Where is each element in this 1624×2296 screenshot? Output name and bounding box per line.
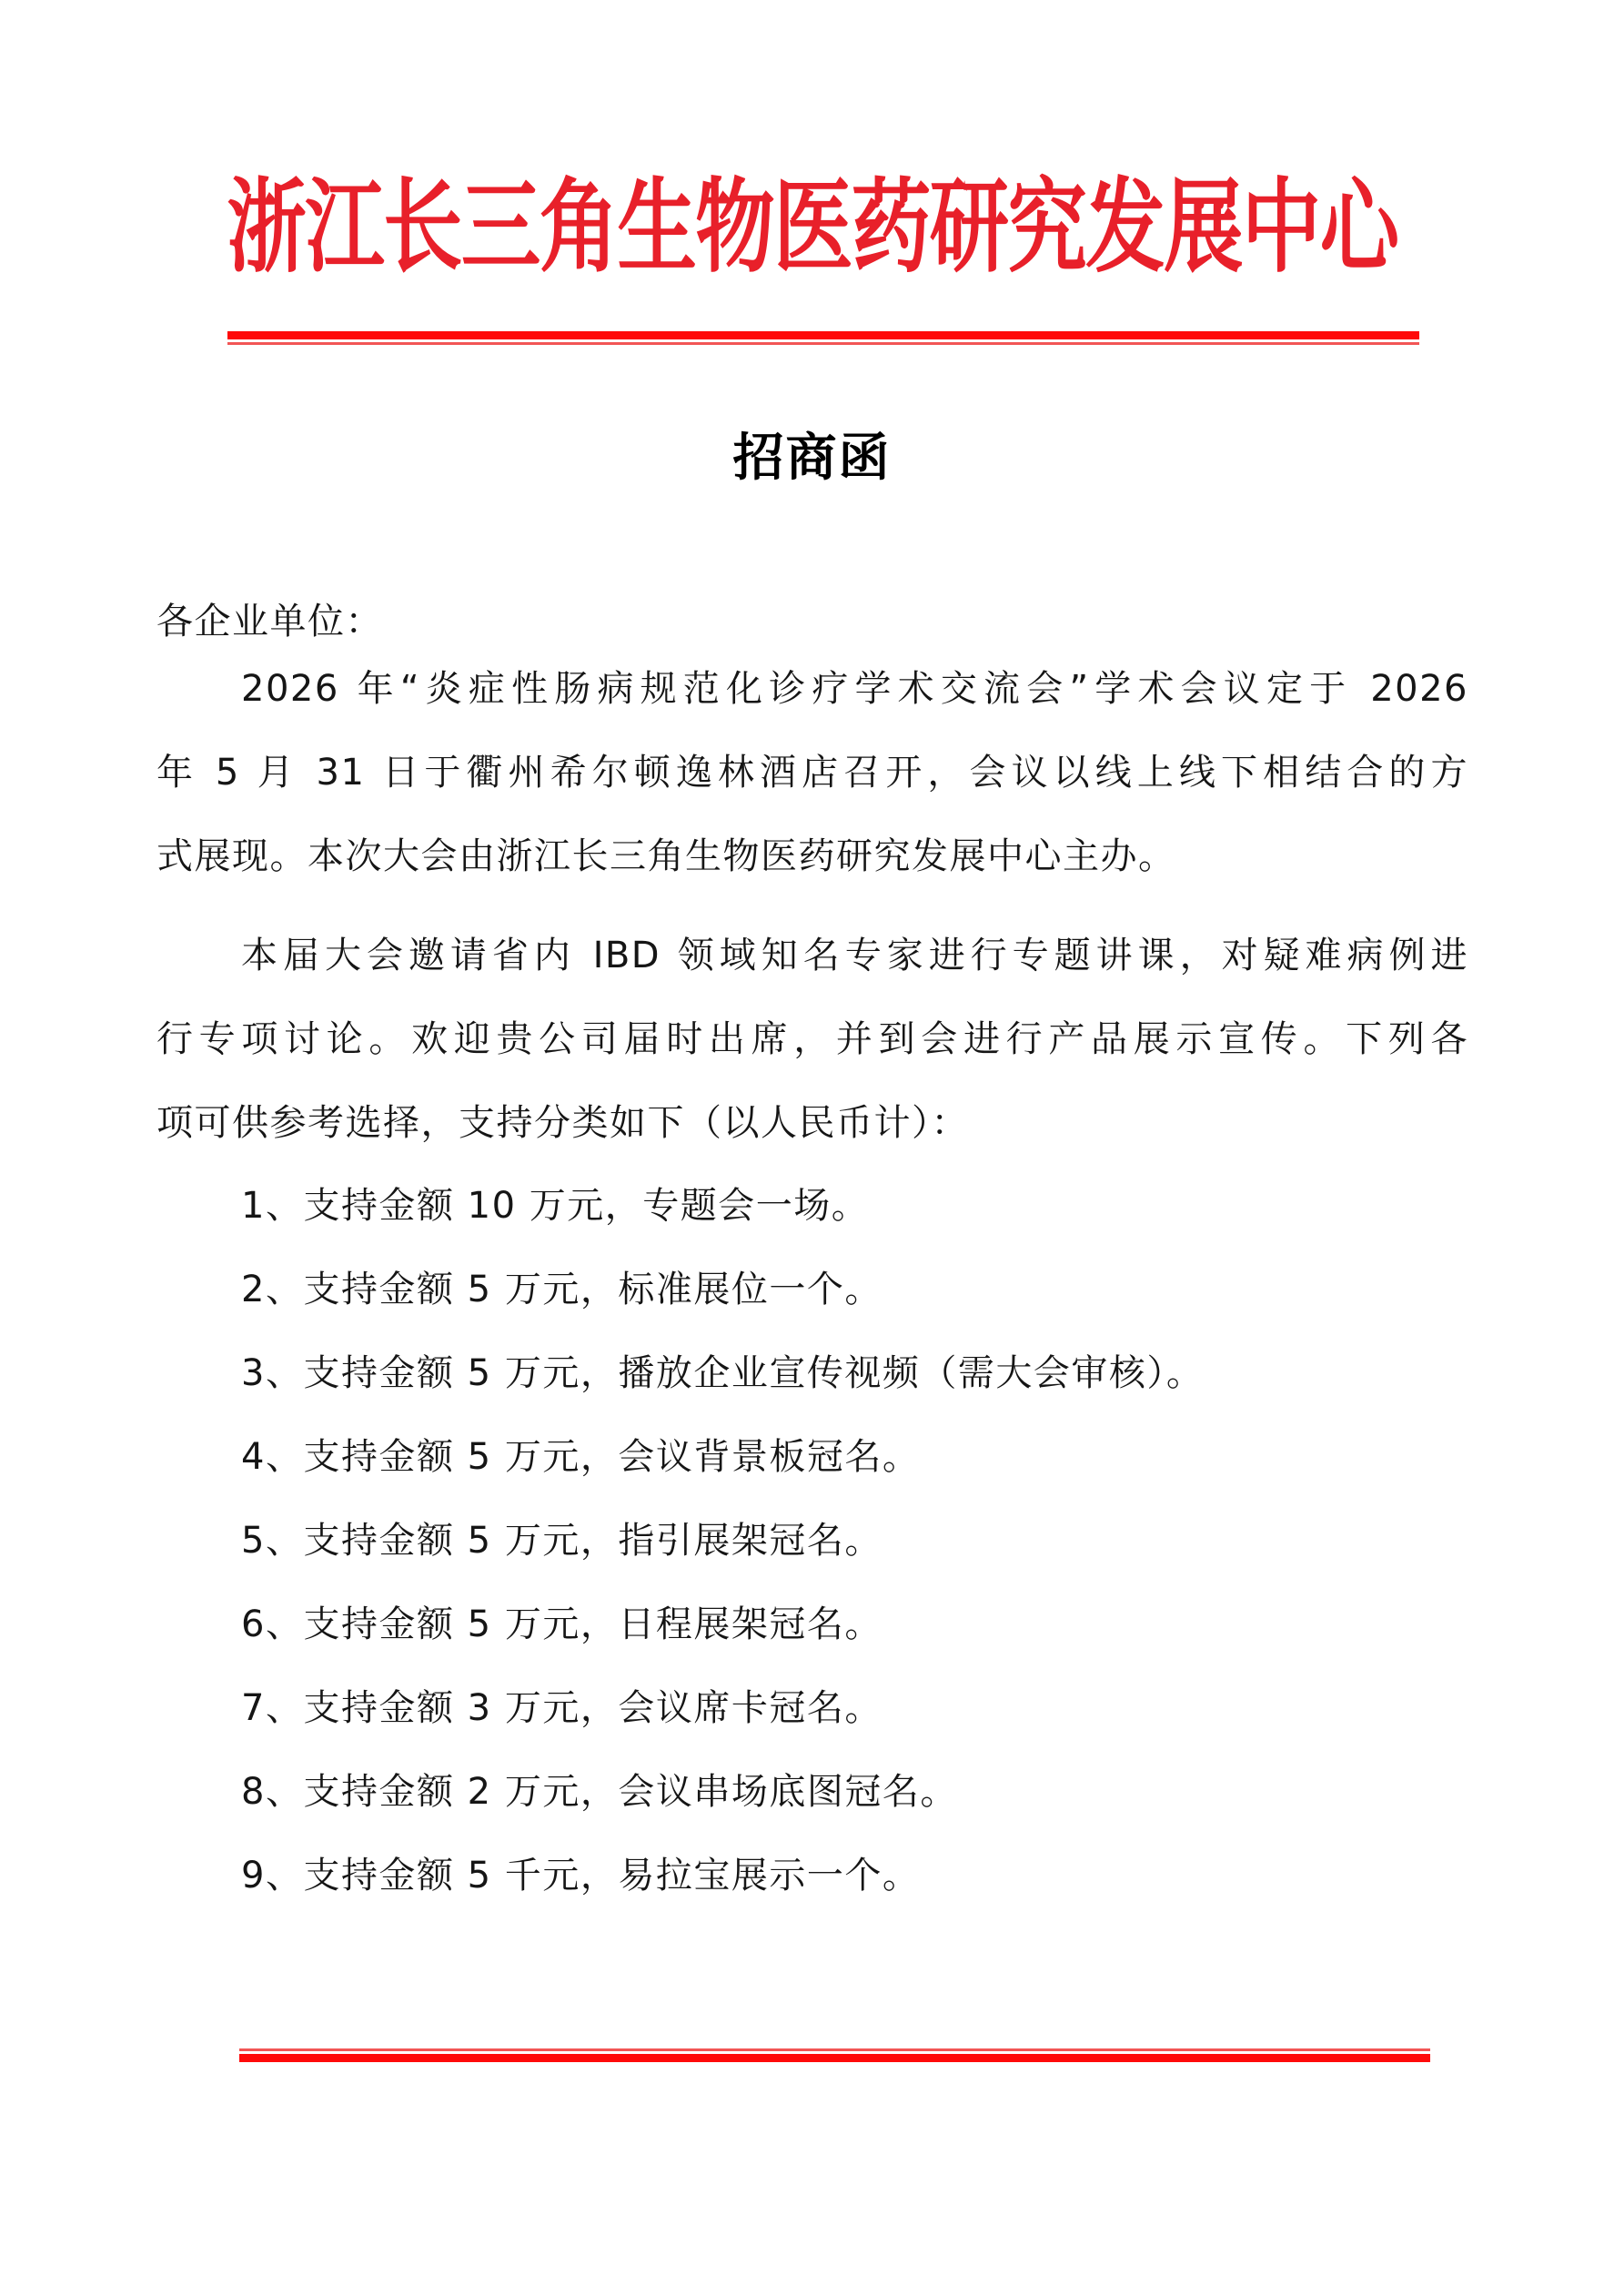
paragraph-line: 项可供参考选择，支持分类如下（以人民币计）： <box>156 1100 969 1146</box>
salutation: 各企业单位： <box>156 599 383 644</box>
organization-header: 浙江长三角生物医药研究发展中心 <box>0 168 1624 287</box>
footer-divider-thick-line <box>239 2054 1430 2062</box>
paragraph-line: 行专项讨论。欢迎贵公司届时出席，并到会进行产品展示宣传。下列各 <box>156 1017 1468 1062</box>
document-title: 招商函 <box>0 426 1624 490</box>
organization-name: 浙江长三角生物医药研究发展中心 <box>227 168 1397 287</box>
paragraph-line: 2026 年“炎症性肠病规范化诊疗学术交流会”学术会议定于 2026 <box>241 666 1468 712</box>
paragraph-line: 式展现。本次大会由浙江长三角生物医药研究发展中心主办。 <box>156 834 1176 879</box>
sponsorship-option-7: 7、支持金额 3 万元，会议席卡冠名。 <box>241 1685 883 1731</box>
sponsorship-option-9: 9、支持金额 5 千元，易拉宝展示一个。 <box>241 1853 920 1898</box>
footer-divider <box>239 2048 1430 2065</box>
sponsorship-option-5: 5、支持金额 5 万元，指引展架冠名。 <box>241 1518 883 1563</box>
sponsorship-option-1: 1、支持金额 10 万元，专题会一场。 <box>241 1183 869 1229</box>
footer-divider-thin-line <box>239 2048 1430 2051</box>
paragraph-line: 本届大会邀请省内 IBD 领域知名专家进行专题讲课，对疑难病例进 <box>241 933 1468 978</box>
paragraph-line: 年 5 月 31 日于衢州希尔顿逸林酒店召开，会议以线上线下相结合的方 <box>156 750 1468 795</box>
sponsorship-option-6: 6、支持金额 5 万元，日程展架冠名。 <box>241 1602 883 1647</box>
header-divider <box>227 331 1419 348</box>
header-divider-thick-line <box>227 331 1419 339</box>
sponsorship-option-3: 3、支持金额 5 万元，播放企业宣传视频（需大会审核）。 <box>241 1350 1204 1396</box>
sponsorship-option-4: 4、支持金额 5 万元，会议背景板冠名。 <box>241 1434 920 1480</box>
header-divider-thin-line <box>227 342 1419 345</box>
sponsorship-option-2: 2、支持金额 5 万元，标准展位一个。 <box>241 1267 883 1312</box>
sponsorship-option-8: 8、支持金额 2 万元，会议串场底图冠名。 <box>241 1769 958 1815</box>
